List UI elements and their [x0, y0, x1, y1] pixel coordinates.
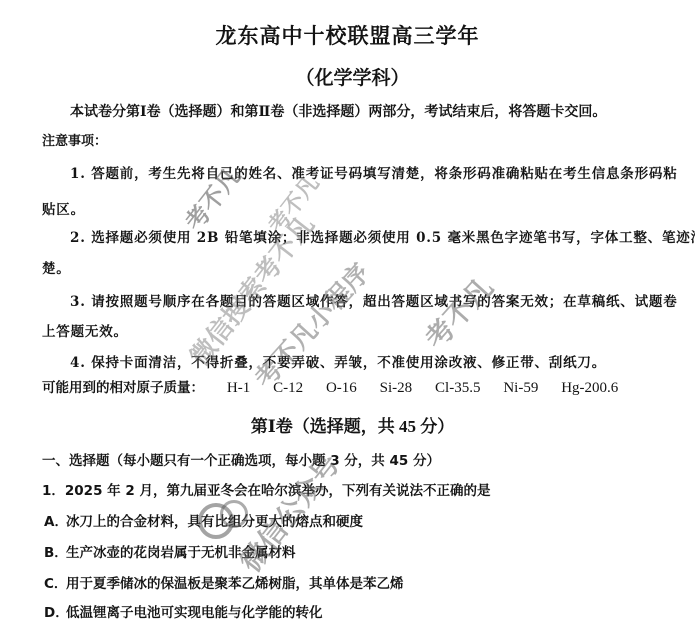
notice-item-3-cont: 上答题无效。	[42, 320, 128, 340]
question-1-option-b: B．生产冰壶的花岗岩属于无机非金属材料	[44, 541, 296, 561]
notice-item-2-cont: 楚。	[42, 257, 71, 277]
exam-intro: 本试卷分第Ⅰ卷（选择题）和第Ⅱ卷（非选择题）两部分，考试结束后，将答题卡交回。	[70, 101, 606, 121]
question-1-option-d: D．低温锂离子电池可实现电能与化学能的转化	[44, 601, 323, 621]
mass-o: O-16	[326, 380, 357, 397]
notice-item-1: 1. 答题前，考生先将自己的姓名、准考证号码填写清楚，将条形码准确粘贴在考生信息…	[70, 162, 678, 182]
mass-h: H-1	[227, 380, 250, 397]
question-1-stem: 1．2025 年 2 月，第九届亚冬会在哈尔滨举办，下列有关说法不正确的是	[42, 479, 490, 499]
question-1-option-c: C．用于夏季储冰的保温板是聚苯乙烯树脂，其单体是苯乙烯	[44, 572, 404, 592]
notice-item-3: 3. 请按照题号顺序在各题目的答题区域作答，超出答题区域书写的答案无效；在草稿纸…	[70, 290, 678, 310]
mass-cl: Cl-35.5	[435, 380, 480, 397]
exam-title: 龙东高中十校联盟高三学年	[0, 20, 695, 50]
notice-item-4: 4. 保持卡面清洁，不得折叠，不要弄破、弄皱，不准使用涂改液、修正带、刮纸刀。	[70, 351, 606, 371]
option-text: 生产冰壶的花岗岩属于无机非金属材料	[66, 545, 296, 561]
notice-item-1-cont: 贴区。	[42, 198, 85, 218]
option-letter: A．	[44, 510, 66, 530]
atomic-masses-label: 可能用到的相对原子质量：	[42, 380, 204, 396]
section-instructions: 一、选择题（每小题只有一个正确选项，每小题 3 分，共 45 分）	[42, 449, 440, 469]
watermark: 考不凡小程序	[245, 254, 377, 395]
mass-si: Si-28	[380, 380, 413, 397]
option-letter: D．	[44, 601, 66, 621]
option-text: 用于夏季储冰的保温板是聚苯乙烯树脂，其单体是苯乙烯	[66, 576, 404, 592]
option-letter: B．	[44, 541, 66, 561]
mass-ni: Ni-59	[503, 380, 538, 397]
wechat-logo-icon	[220, 500, 248, 528]
section-title: 第Ⅰ卷（选择题，共 45 分）	[0, 412, 695, 437]
watermark: 考不凡	[415, 268, 501, 357]
option-text: 低温锂离子电池可实现电能与化学能的转化	[66, 605, 323, 621]
option-letter: C．	[44, 572, 66, 592]
notice-heading: 注意事项：	[42, 130, 107, 149]
exam-page: 龙东高中十校联盟高三学年 （化学学科） 本试卷分第Ⅰ卷（选择题）和第Ⅱ卷（非选择…	[0, 0, 695, 627]
notice-item-2: 2. 选择题必须使用 2B 铅笔填涂；非选择题必须使用 0.5 毫米黑色字迹笔书…	[70, 226, 695, 246]
exam-subject: （化学学科）	[0, 63, 695, 90]
mass-c: C-12	[273, 380, 303, 397]
mass-hg: Hg-200.6	[561, 380, 618, 397]
atomic-masses: 可能用到的相对原子质量： H-1 C-12 O-16 Si-28 Cl-35.5…	[42, 376, 618, 397]
